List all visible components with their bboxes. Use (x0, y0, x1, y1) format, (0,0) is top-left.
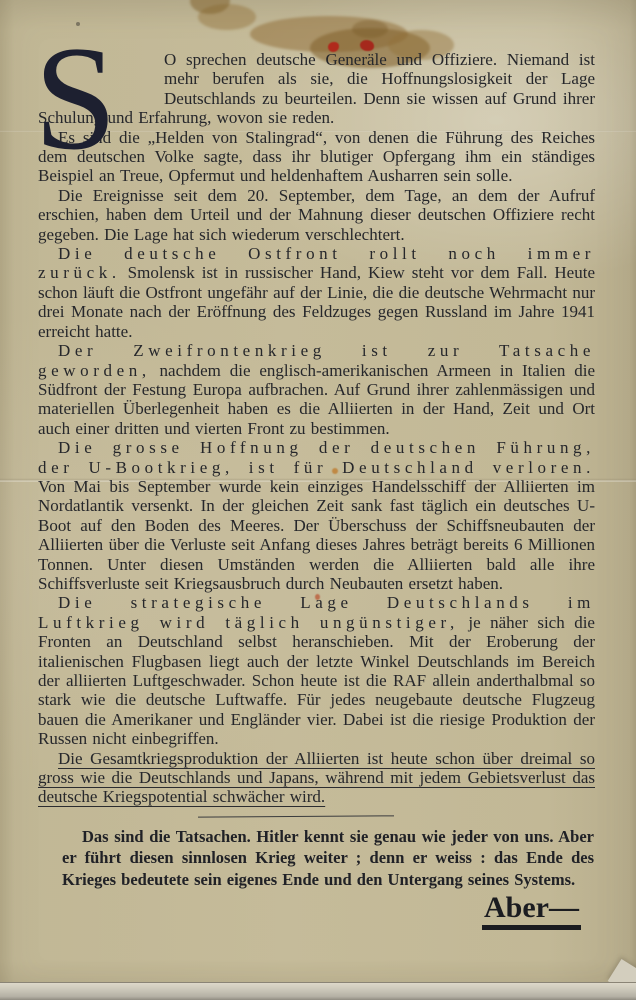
divider-rule (198, 815, 394, 817)
propaganda-leaflet-page: S O sprechen deutsche Generäle und Offiz… (0, 0, 636, 1000)
footer-paragraph: Das sind die Tatsachen. Hitler kennt sie… (62, 826, 594, 891)
paragraph-stalingrad: Es sind die „Helden von Stalingrad“, von… (38, 128, 595, 186)
paragraph-text: Smolensk ist in russischer Hand, Kiew st… (38, 263, 595, 340)
paragraph-text: Die Ereignisse seit dem 20. September, d… (38, 186, 595, 244)
paragraph-luftkrieg: Die strategische Lage Deutschlands im Lu… (38, 593, 595, 748)
paragraph-text: je näher sich die Fronten an Deutschland… (38, 613, 595, 748)
paragraph-text: Es sind die „Helden von Stalingrad“, von… (38, 128, 595, 186)
dropcap-letter: S (34, 24, 117, 173)
stain-blob (198, 4, 256, 30)
signoff-aber: Aber— (482, 892, 581, 930)
paragraph-text: Das sind die Tatsachen. Hitler kennt sie… (62, 827, 594, 889)
paragraph-zweifrontenkrieg: Der Zweifrontenkrieg ist zur Tatsache ge… (38, 341, 595, 438)
paragraph-ostfront: Die deutsche Ostfront rollt noch immer z… (38, 244, 595, 341)
stain-blob (352, 20, 388, 38)
emphasized-text: Die grosse Hoffnung der deutschen Führun… (38, 438, 595, 476)
paragraph-text: Von Mai bis September wurde kein einzige… (38, 477, 595, 593)
stain-blob (190, 0, 230, 14)
paragraph-ubootkrieg: Die grosse Hoffnung der deutschen Führun… (38, 438, 595, 593)
underlined-paragraph: Die Gesamtkriegsproduktion der Alliierte… (38, 749, 595, 807)
paragraph-text: Die Gesamtkriegsproduktion der Alliierte… (38, 749, 595, 807)
opening-paragraph: S O sprechen deutsche Generäle und Offiz… (38, 50, 595, 128)
paragraph-ereignisse: Die Ereignisse seit dem 20. September, d… (38, 186, 595, 244)
leaflet-text-column: S O sprechen deutsche Generäle und Offiz… (38, 50, 595, 930)
paper-bottom-edge (0, 982, 636, 1000)
signoff-row: Aber— (38, 892, 581, 930)
